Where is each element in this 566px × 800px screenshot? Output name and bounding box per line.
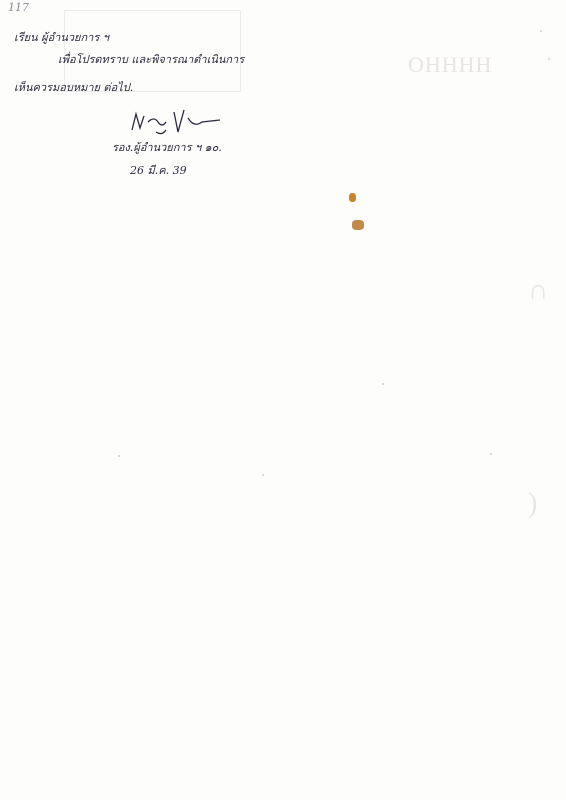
stain-mark (349, 193, 356, 202)
speck (490, 453, 492, 455)
memo-date: 26 มี.ค. 39 (130, 161, 187, 179)
speck (118, 455, 120, 457)
stain-mark (352, 220, 364, 230)
memo-line-1: เรียน ผู้อำนวยการ ฯ (14, 28, 109, 46)
speck (540, 30, 542, 32)
speck (382, 383, 384, 385)
bleed-through-mark: ∩ (528, 275, 548, 307)
signer-title: รอง.ผู้อำนวยการ ฯ ๑๐. (112, 138, 222, 156)
scanned-page: 117 เรียน ผู้อำนวยการ ฯ เพื่อโปรดทราบ แล… (0, 0, 566, 800)
signature-scribble-icon (130, 108, 230, 138)
bleed-through-mark: ) (528, 488, 537, 520)
speck (548, 58, 550, 60)
bleed-through-text: OHHHH (408, 52, 492, 78)
memo-line-3: เห็นควรมอบหมาย ต่อไป. (14, 78, 133, 96)
speck (262, 474, 264, 476)
memo-line-2: เพื่อโปรดทราบ และพิจารณาดำเนินการ (58, 50, 244, 68)
page-number: 117 (8, 1, 29, 14)
